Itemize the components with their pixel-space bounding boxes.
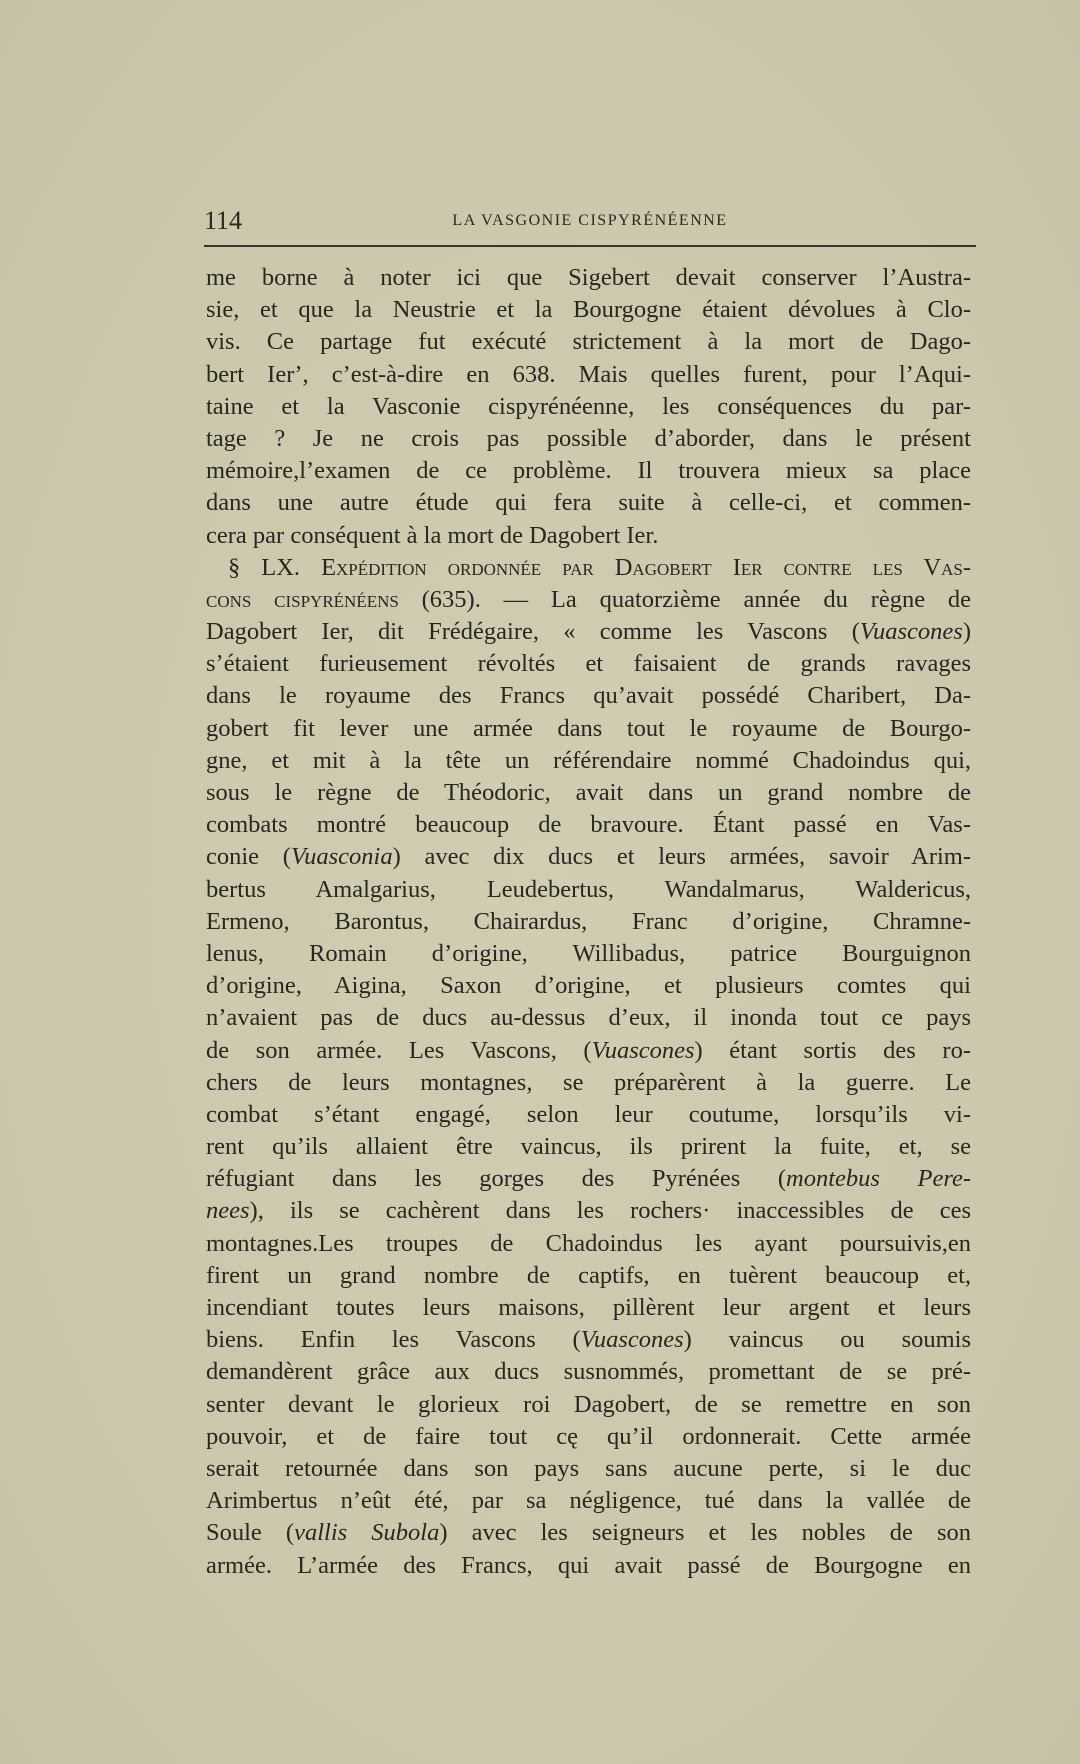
text-line: n’avaient pas de ducs au-dessus d’eux, i… — [206, 1002, 971, 1034]
text-span: de son armée. Les Vascons, ( — [206, 1037, 592, 1064]
text-span: Dagobert Ier, dit Frédégaire, « comme le… — [206, 618, 860, 645]
text-span: réfugiant dans les gorges des Pyrénées ( — [206, 1165, 786, 1192]
running-title: LA VASGONIE CISPYRÉNÉENNE — [204, 212, 976, 230]
text-line: conie (Vuasconia) avec dix ducs et leurs… — [206, 841, 971, 873]
section-heading-rest: (635). — La quatorzième année du règne d… — [399, 586, 971, 613]
text-line: tage ? Je ne crois pas possible d’aborde… — [206, 423, 971, 455]
text-line: senter devant le glorieux roi Dagobert, … — [206, 1389, 971, 1421]
text-line: combats montré beaucoup de bravoure. Éta… — [206, 809, 971, 841]
text-line: demandèrent grâce aux ducs susnommés, pr… — [206, 1356, 971, 1388]
text-line: Soule (vallis Subola) avec les seigneurs… — [206, 1517, 971, 1549]
text-line: sous le règne de Théodoric, avait dans u… — [206, 777, 971, 809]
text-line: biens. Enfin les Vascons (Vuascones) vai… — [206, 1324, 971, 1356]
text-span: ) étant sortis des ro- — [695, 1037, 971, 1064]
text-line: chers de leurs montagnes, se préparèrent… — [206, 1067, 971, 1099]
text-line: gobert fit lever une armée dans tout le … — [206, 713, 971, 745]
text-line: bert Ierʼ, c’est-à-dire en 638. Mais que… — [206, 359, 971, 391]
section-heading-cont: cons cispyrénéens (635). — La quatorzièm… — [206, 584, 971, 616]
text-line: gne, et mit à la tête un référendaire no… — [206, 745, 971, 777]
text-line: taine et la Vasconie cispyrénéenne, les … — [206, 391, 971, 423]
text-line: sie, et que la Neustrie et la Bourgogne … — [206, 294, 971, 326]
text-line: serait retournée dans son pays sans aucu… — [206, 1453, 971, 1485]
text-line: de son armée. Les Vascons, (Vuascones) é… — [206, 1035, 971, 1067]
text-line: vis. Ce partage fut exécuté strictement … — [206, 326, 971, 358]
italic-term: Vuascones — [860, 618, 963, 645]
text-line: montagnes.Les troupes de Chadoindus les … — [206, 1228, 971, 1260]
text-line: rent qu’ils allaient être vaincus, ils p… — [206, 1131, 971, 1163]
body-text: me borne à noter ici que Sigebert devait… — [206, 262, 971, 1582]
book-page: 114 LA VASGONIE CISPYRÉNÉENNE me borne à… — [0, 0, 1080, 1764]
text-span: Soule ( — [206, 1519, 294, 1546]
text-line: mémoire,l’examen de ce problème. Il trou… — [206, 455, 971, 487]
italic-term: vallis Subola — [294, 1519, 439, 1546]
text-line: me borne à noter ici que Sigebert devait… — [206, 262, 971, 294]
text-line: nees), ils se cachèrent dans les rochers… — [206, 1195, 971, 1227]
text-line: incendiant toutes leurs maisons, pillère… — [206, 1292, 971, 1324]
italic-term: Vuascones — [592, 1037, 695, 1064]
text-span: biens. Enfin les Vascons ( — [206, 1326, 581, 1353]
text-span: ) — [963, 618, 971, 645]
text-span: conie ( — [206, 843, 291, 870]
text-span: ) vaincus ou soumis — [684, 1326, 971, 1353]
running-head: 114 LA VASGONIE CISPYRÉNÉENNE — [204, 206, 976, 240]
text-line: bertus Amalgarius, Leudebertus, Wandalma… — [206, 874, 971, 906]
text-span: ), ils se cachèrent dans les rochers· in… — [250, 1197, 971, 1224]
text-line: Arimbertus n’eût été, par sa négligence,… — [206, 1485, 971, 1517]
text-line: Ermeno, Barontus, Chairardus, Franc d’or… — [206, 906, 971, 938]
text-line: combat s’étant engagé, selon leur coutum… — [206, 1099, 971, 1131]
text-line: armée. L’armée des Francs, qui avait pas… — [206, 1550, 971, 1582]
text-line: firent un grand nombre de captifs, en tu… — [206, 1260, 971, 1292]
italic-term: nees — [206, 1197, 250, 1224]
text-line: lenus, Romain d’origine, Willibadus, pat… — [206, 938, 971, 970]
text-line: cera par conséquent à la mort de Dagober… — [206, 520, 971, 552]
text-line: pouvoir, et de faire tout cę qu’il ordon… — [206, 1421, 971, 1453]
text-line: dans le royaume des Francs qu’avait poss… — [206, 680, 971, 712]
text-span: ) avec dix ducs et leurs armées, savoir … — [393, 843, 971, 870]
text-line: Dagobert Ier, dit Frédégaire, « comme le… — [206, 616, 971, 648]
italic-term: Vuasconia — [291, 843, 393, 870]
text-line: d’origine, Aigina, Saxon d’origine, et p… — [206, 970, 971, 1002]
text-line: dans une autre étude qui fera suite à ce… — [206, 487, 971, 519]
text-line: s’étaient furieusement révoltés et faisa… — [206, 648, 971, 680]
italic-term: montebus Pere- — [786, 1165, 971, 1192]
text-span: ) avec les seigneurs et les nobles de so… — [439, 1519, 971, 1546]
section-heading: § LX. Expédition ordonnée par Dagobert I… — [206, 552, 971, 584]
section-heading-sc: cons cispyrénéens — [206, 586, 399, 613]
header-rule — [204, 245, 976, 247]
text-line: réfugiant dans les gorges des Pyrénées (… — [206, 1163, 971, 1195]
italic-term: Vuascones — [581, 1326, 684, 1353]
